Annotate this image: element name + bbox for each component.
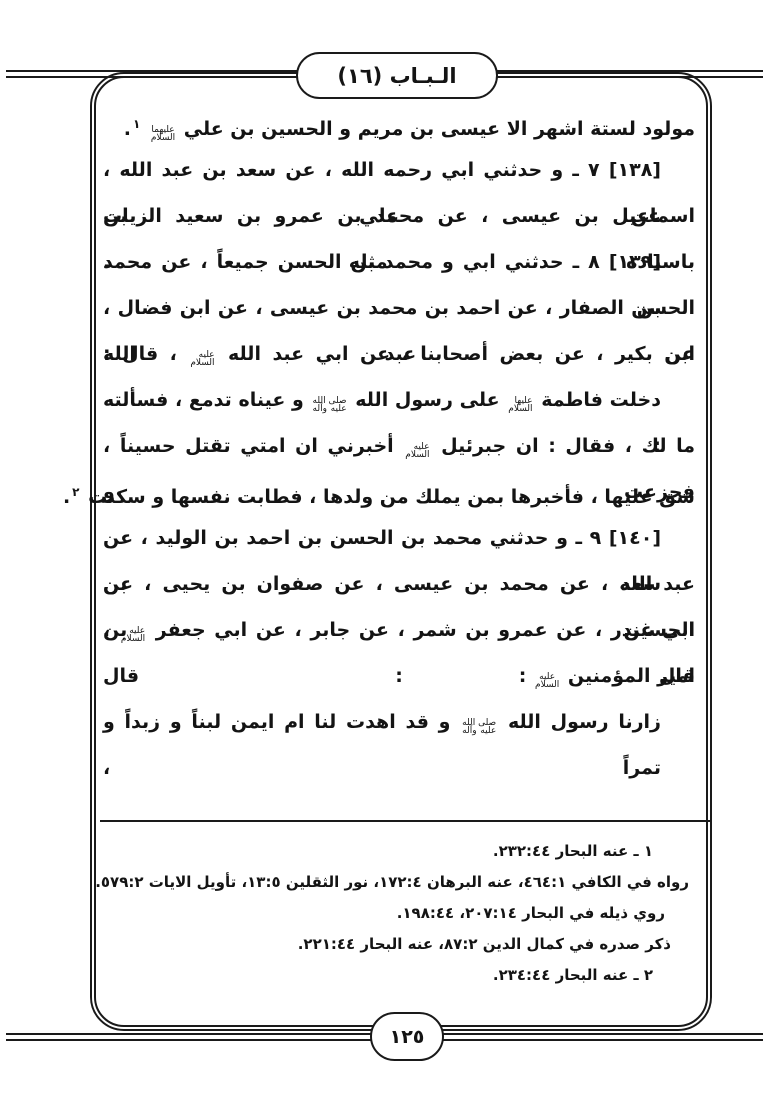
text-line: عبد الله ، عن محمد بن عيسى ، عن صفوان بن… xyxy=(103,561,695,607)
honorific-row: عليه وآله xyxy=(462,727,496,736)
text-line: [١٤٠] ٩ ـ و حدثني محمد بن الحسن بن احمد … xyxy=(103,515,695,561)
honorific-mark: عليهماالسلام xyxy=(151,126,175,143)
honorific-row: السلام xyxy=(508,405,532,414)
text-line: الحسن الصفار ، عن احمد بن محمد بن عيسى ،… xyxy=(103,285,695,331)
text-segment: دخلت فاطمة xyxy=(541,389,661,411)
text-segment: امير المؤمنين xyxy=(568,665,695,687)
text-segment: مولود لستة اشهر الا عيسى بن مريم و الحسي… xyxy=(184,118,695,140)
honorific-row: السلام xyxy=(535,681,559,690)
text-line: زارنا رسول الله صلى اللهعليه وآله و قد ا… xyxy=(103,699,695,745)
honorific-row: السلام xyxy=(405,451,429,460)
book-page-scan: { "header": { "chapter_title": "الـبـاب … xyxy=(0,0,769,1102)
honorific-row: السلام xyxy=(121,635,145,644)
honorific-mark: عليهالسلام xyxy=(535,673,559,690)
text-line: ابي غندر ، عن عمرو بن شمر ، عن جابر ، عن… xyxy=(103,607,695,653)
honorific-mark: عليهالسلام xyxy=(190,351,214,368)
footnote-ref: ٢ xyxy=(72,485,79,499)
text-line: دخلت فاطمة عليهاالسلام على رسول الله صلى… xyxy=(103,377,695,423)
footnote-ref: ١ xyxy=(133,117,140,131)
honorific-row: السلام xyxy=(151,134,175,143)
footnote-line: روي ذيله في البحار ٢٠٧:١٤، ١٩٨:٤٤. xyxy=(95,898,695,929)
honorific-row: السلام xyxy=(190,359,214,368)
honorific-mark: صلى اللهعليه وآله xyxy=(313,397,347,414)
honorific-mark: صلى اللهعليه وآله xyxy=(462,719,496,736)
text-line: [١٣٨] ٧ ـ و حدثني ابي رحمه الله ، عن سعد… xyxy=(103,147,695,193)
honorific-row: عليه وآله xyxy=(313,405,347,414)
honorific-mark: عليهالسلام xyxy=(405,443,429,460)
main-text: مولود لستة اشهر الا عيسى بن مريم و الحسي… xyxy=(103,101,695,745)
text-line: شق عليها ، فأخبرها بمن يملك من ولدها ، ف… xyxy=(103,469,695,515)
text-line: [١٣٩] ٨ ـ حدثني ابي و محمد بن الحسن جميع… xyxy=(103,239,695,285)
text-line: ما لك ، فقال : ان جبرئيل عليهالسلام أخبر… xyxy=(103,423,695,469)
footnote-separator xyxy=(100,820,710,822)
footnote-line: رواه في الكافي ٤٦٤:١، عنه البرهان ١٧٢:٤،… xyxy=(95,867,695,898)
text-segment: ابن بكير ، عن بعض أصحابنا ، عن ابي عبد ا… xyxy=(228,343,695,365)
honorific-mark: عليهالسلام xyxy=(121,627,145,644)
honorific-mark: عليهاالسلام xyxy=(508,397,532,414)
text-segment: : xyxy=(519,665,527,687)
text-segment: على رسول الله xyxy=(355,389,499,411)
footnote-line: ١ ـ عنه البحار ٢٣٢:٤٤. xyxy=(95,836,695,867)
text-segment: ابي غندر ، عن عمرو بن شمر ، عن جابر ، عن… xyxy=(156,619,695,641)
text-segment: ما لك ، فقال : ان جبرئيل xyxy=(441,435,695,457)
footnote-line: ٢ ـ عنه البحار ٢٣٤:٤٤. xyxy=(95,960,695,991)
text-segment: . xyxy=(124,118,131,140)
footnote-line: ذكر صدره في كمال الدين ٨٧:٢، عنه البحار … xyxy=(95,929,695,960)
footnotes: ١ ـ عنه البحار ٢٣٢:٤٤.رواه في الكافي ٤٦٤… xyxy=(95,836,695,991)
chapter-header-badge: الـبـاب (١٦) xyxy=(296,52,498,99)
text-segment: ، قال : xyxy=(103,343,177,365)
page-number-badge: ١٢٥ xyxy=(370,1012,444,1061)
text-segment: شق عليها ، فأخبرها بمن يملك من ولدها ، ف… xyxy=(88,486,695,508)
text-line: ابن بكير ، عن بعض أصحابنا ، عن ابي عبد ا… xyxy=(103,331,695,377)
text-line: اسماعيل بن عيسى ، عن محمد بن عمرو بن سعي… xyxy=(103,193,695,239)
text-line: مولود لستة اشهر الا عيسى بن مريم و الحسي… xyxy=(103,101,695,147)
page-number: ١٢٥ xyxy=(390,1026,425,1048)
text-segment: زارنا رسول الله xyxy=(508,711,661,733)
text-segment: . xyxy=(63,486,70,508)
chapter-title: الـبـاب (١٦) xyxy=(337,64,456,88)
